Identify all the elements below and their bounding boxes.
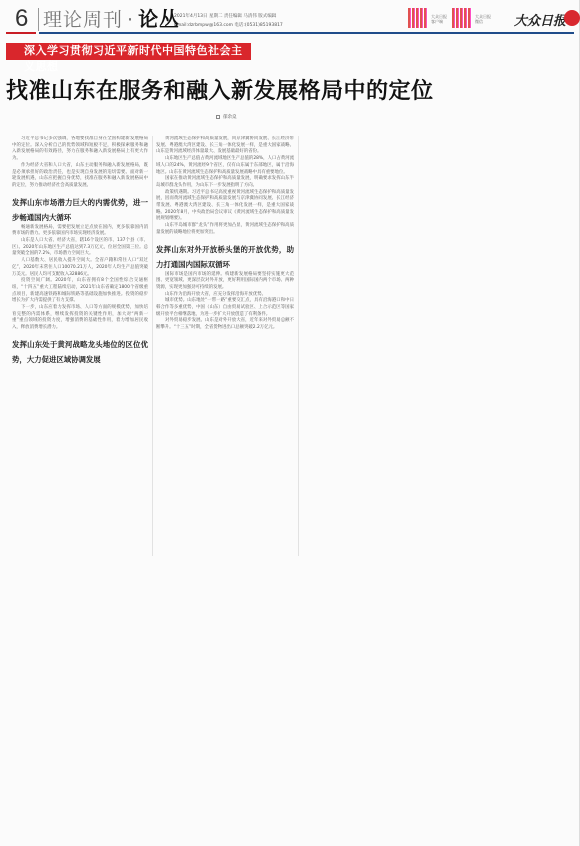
paragraph: 国际市场是国内市场的延伸。构建新发展格局要坚持实施更大范围、更宽领域、更深层次对… <box>156 272 294 292</box>
masthead-meta: 2021年4月13日 星期二 责任编辑 马清伟 版式编辑 Email:dzrbm… <box>174 12 283 30</box>
subheading: 发挥山东处于黄河战略龙头地位的区位优势，大力促进区域协调发展 <box>12 337 148 367</box>
column-divider <box>152 136 153 556</box>
qr-label-wechat: 大众日报微信 <box>475 14 493 24</box>
paragraph: 政策机遇期。习近平总书记高度重视黄河流域生态保护和高质量发展，因而黄河流域生态保… <box>156 190 294 224</box>
article-byline: 郁余燊 <box>216 114 237 120</box>
meta-date-editor: 2021年4月13日 星期二 责任编辑 马清伟 版式编辑 <box>174 12 283 21</box>
paragraph: 山东半岛城市群“龙头”作用将更加凸显，黄河流域生态保护和高质量发展的战略地位将更… <box>156 223 294 236</box>
masthead: 6 理论周刊·论丛 2021年4月13日 星期二 责任编辑 马清伟 版式编辑 E… <box>6 6 574 32</box>
article-headline: 找准山东在服务和融入新发展格局中的定位 <box>6 78 456 106</box>
section-name: 理论周刊 <box>43 9 123 31</box>
section-banner: 深入学习贯彻习近平新时代中国特色社会主义思想 <box>6 43 251 60</box>
section-title: 理论周刊·论丛 <box>43 8 180 31</box>
paragraph: 投资空间广阔。2020年，山东省拥有8个全国性综合交通枢纽，“十四五”重大工程陆… <box>12 278 148 305</box>
paragraph: 人口基数大、居民收入提升空间大。全省户籍和常住人口“双过亿”，2020年末常住人… <box>12 258 148 278</box>
paragraph: 下一步，山东应着力发挥市场、人口等方面的规模优势，加快培育完整的内需体系，继续发… <box>12 305 148 332</box>
newspaper-logo: 大众日报 <box>514 10 566 29</box>
paragraph: 国家在推动黄河流域生态保护和高质量发展，明确要求发挥山东半岛城市群龙头作用，为山… <box>156 176 294 189</box>
subheading: 发挥山东对外开放桥头堡的开放优势，助力打通国内国际双循环 <box>156 242 294 272</box>
column-divider <box>298 136 299 556</box>
paragraph: 城市优势。山东地处“一带一路”重要交汇点，具有沿海港口和中日韩合作等多重优势，中… <box>156 298 294 318</box>
page-number: 6 <box>15 7 28 31</box>
title-dot: · <box>127 9 134 31</box>
paragraph: 作为经济大省和人口大省，山东主动服务和融入新发展格局，既是必须承担好的政治责任，… <box>12 163 148 190</box>
paragraph: 山东是人口大省、经济大省，辖16个设区的市、137个县（市、区）。2020年山东… <box>12 238 148 258</box>
article-column-1: 习近平总书记多次强调，各地要找准自身在全国构建新发展格局中的定位。深入分析自己的… <box>12 136 148 564</box>
qr-code-icon[interactable] <box>452 8 472 28</box>
spacer <box>228 136 229 137</box>
qr-label-client: 大众日报客户端 <box>431 14 449 24</box>
byline-box-icon <box>216 115 220 119</box>
subheading: 发挥山东市场潜力巨大的内需优势，进一步畅通国内大循环 <box>12 195 148 225</box>
paragraph: 畅通新发展格局，需要把发展立足点放在国内，更多依靠国内消费市场的潜力。更多依靠国… <box>12 225 148 238</box>
logo-badge-icon <box>564 10 580 26</box>
paragraph: 习近平总书记多次强调，各地要找准自身在全国构建新发展格局中的定位。深入分析自己的… <box>12 136 148 163</box>
masthead-divider <box>38 8 39 31</box>
paragraph: 对外贸易稳步发展。山东是对外开放大省，近年来对外贸易总额不断攀升。“十三五”时期… <box>156 318 294 331</box>
newspaper-page: 6 理论周刊·论丛 2021年4月13日 星期二 责任编辑 马清伟 版式编辑 E… <box>0 0 580 846</box>
paragraph: 黄河流域生态保护和高质量发展，同京津冀协同发展、长江经济带发展、粤港澳大湾区建设… <box>156 136 294 156</box>
meta-contact: Email:dzrbmpw@163.com 电话:(0531)85193817 <box>174 21 283 30</box>
author-name: 郁余燊 <box>223 115 237 120</box>
masthead-rule <box>39 32 574 34</box>
qr-code-icon[interactable] <box>408 8 428 28</box>
article-column-2: 黄河流域生态保护和高质量发展，同京津冀协同发展、长江经济带发展、粤港澳大湾区建设… <box>156 136 294 564</box>
paragraph: 山东地区生产总值占黄河流域地区生产总值的28%，人口占黄河流域人口的24%，黄河… <box>156 156 294 176</box>
page-number-underline <box>6 32 36 34</box>
